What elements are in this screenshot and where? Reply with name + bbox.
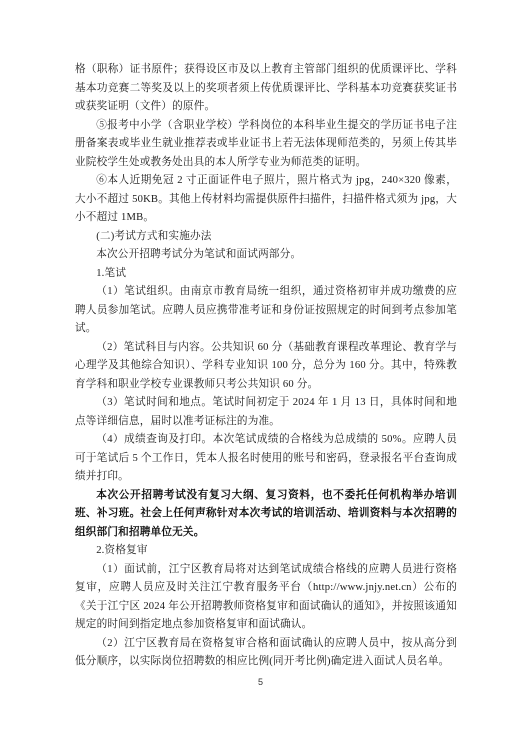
paragraph-item-5-degree-proof: ⑤报考中小学（含职业学校）学科岗位的本科毕业生提交的学历证书电子注册备案表或毕业… xyxy=(75,117,457,173)
paragraph-written-exam-organization: （1）笔试组织。由南京市教育局统一组织，通过资格初审并成功缴费的应聘人员参加笔试… xyxy=(75,283,457,339)
paragraph-continuation: 格（职称）证书原件；获得设区市及以上教育主管部门组织的优质课评比、学科基本功竞赛… xyxy=(75,61,457,117)
paragraph-score-inquiry: （4）成绩查询及打印。本次笔试成绩的合格线为总成绩的 50%。应聘人员可于笔试后… xyxy=(75,431,457,487)
paragraph-no-training-disclaimer: 本次公开招聘考试没有复习大纲、复习资料，也不委托任何机构举办培训班、补习班。社会… xyxy=(75,487,457,543)
page-number: 5 xyxy=(0,676,521,688)
paragraph-interview-list-ratio: （2）江宁区教育局在资格复审合格和面试确认的应聘人员中，按从高分到低分顺序，以实… xyxy=(75,635,457,672)
paragraph-qualification-review-notice: （1）面试前，江宁区教育局将对达到笔试成绩合格线的应聘人员进行资格复审，应聘人员… xyxy=(75,561,457,635)
heading-exam-method: (二)考试方式和实施办法 xyxy=(75,228,457,247)
paragraph-written-exam-time-place: （3）笔试时间和地点。笔试时间初定于 2024 年 1 月 13 日，具体时间和… xyxy=(75,394,457,431)
heading-written-exam: 1.笔试 xyxy=(75,265,457,284)
paragraph-item-6-photo-spec: ⑥本人近期免冠 2 寸正面证件电子照片，照片格式为 jpg，240×320 像素… xyxy=(75,172,457,228)
document-page: 格（职称）证书原件；获得设区市及以上教育主管部门组织的优质课评比、学科基本功竞赛… xyxy=(0,0,521,735)
heading-qualification-review: 2.资格复审 xyxy=(75,542,457,561)
document-text-block: 格（职称）证书原件；获得设区市及以上教育主管部门组织的优质课评比、学科基本功竞赛… xyxy=(75,61,457,672)
paragraph-exam-parts: 本次公开招聘考试分为笔试和面试两部分。 xyxy=(75,246,457,265)
paragraph-written-exam-subjects: （2）笔试科目与内容。公共知识 60 分（基础教育课程改革理论、教育学与心理学及… xyxy=(75,339,457,395)
